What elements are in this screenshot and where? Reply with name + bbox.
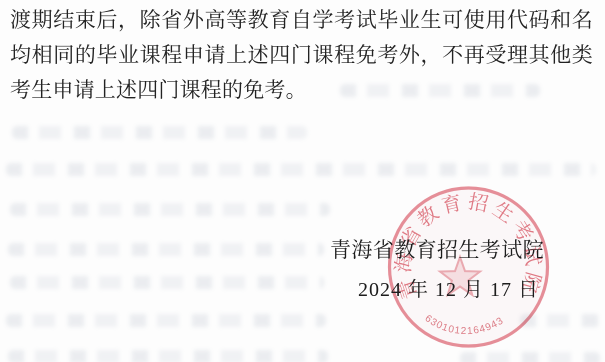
bleed-through-artifact xyxy=(460,352,600,362)
body-line-3: 考生申请上述四门课程的免考。 xyxy=(10,73,593,108)
bleed-through-artifact xyxy=(8,243,324,256)
body-line-2: 均相同的毕业课程申请上述四门课程免考外，不再受理其他类型 xyxy=(10,38,593,73)
body-paragraph: 渡期结束后，除省外高等教育自学考试毕业生可使用代码和名称 均相同的毕业课程申请上… xyxy=(10,3,593,108)
signature-organization: 青海省教育招生考试院 xyxy=(330,234,544,264)
body-line-1: 渡期结束后，除省外高等教育自学考试毕业生可使用代码和名称 xyxy=(10,3,593,38)
bleed-through-artifact xyxy=(6,314,326,327)
bleed-through-artifact xyxy=(12,126,307,139)
bleed-through-artifact xyxy=(10,203,330,216)
signature-date: 2024 年 12 月 17 日 xyxy=(358,273,539,302)
bleed-through-artifact xyxy=(8,350,328,362)
bleed-through-artifact xyxy=(6,163,596,176)
document-page: 渡期结束后，除省外高等教育自学考试毕业生可使用代码和名称 均相同的毕业课程申请上… xyxy=(0,0,605,362)
official-seal: 青海省教育招生考试院 6301012164943 xyxy=(384,183,554,353)
bleed-through-artifact xyxy=(10,276,324,289)
